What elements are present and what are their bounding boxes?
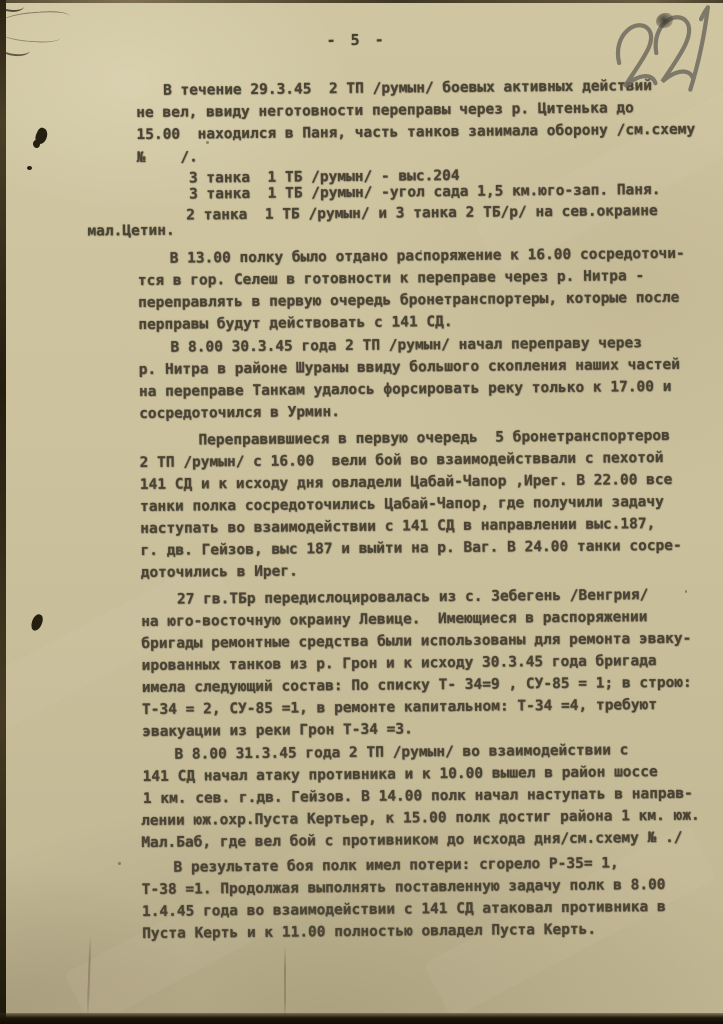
typewritten-line: Т-34 = 2, СУ-85 =1, в ремонте капитально… [142, 697, 657, 719]
typewritten-line: 1.4.45 года во взаимодействии с 141 СД а… [142, 899, 666, 921]
typewritten-line: переправлять в первую очередь бронетранс… [138, 290, 679, 312]
typewritten-line: Мал.Баб, где вел бой с противником до ис… [141, 830, 682, 852]
typewritten-text-layer: - 5 - В течение 29.3.45 2 ТП /румын/ бое… [0, 0, 723, 1024]
typewritten-line: В 13.00 полку было отдано распоряжение к… [170, 246, 685, 268]
typewritten-line: 2 ТП /румын/ с 16.00 вели бой во взаимод… [140, 450, 664, 472]
typewritten-line: № /. [137, 149, 198, 167]
typewritten-line: 2 танка 1 ТБ /румын/ и 3 танка 2 ТБ/р/ н… [186, 203, 658, 225]
typewritten-line: имела следующий состав: По списку Т- 34=… [142, 675, 692, 697]
typewritten-line: эвакуации из реки Грон Т-34 =3. [142, 721, 413, 741]
typewritten-line: 27 гв.ТБр передислоцировалась из с. Зебе… [177, 587, 649, 609]
typewritten-line: Т-38 =1. Продолжая выполнять поставленну… [142, 877, 666, 899]
typewritten-line: 141 СД и к исходу дня овладели Цабай-Чап… [140, 472, 673, 494]
document-scan-page: - 5 - В течение 29.3.45 2 ТП /румын/ бое… [0, 0, 723, 1024]
paper-crease [284, 945, 286, 1023]
scan-edge-top [0, 0, 723, 3]
typewritten-line: 3 танка 1 ТБ /румын/ -угол сада 1,5 км.ю… [189, 182, 661, 204]
typewritten-line: 15.00 находился в Паня, часть танков зан… [136, 122, 695, 144]
typewritten-line: бригады ремонтные средства были использо… [141, 631, 691, 653]
typewritten-line: наступать во взаимодействии с 141 СД в н… [140, 516, 655, 538]
typewritten-line: лении юж.охр.Пуста Кертьер, к 15.00 полк… [141, 808, 700, 830]
scan-edge-left [0, 0, 6, 1024]
typewritten-line: мал.Цетин. [87, 223, 174, 241]
typewritten-line: В 8.00 30.3.45 года 2 ТП /румын/ начал п… [170, 335, 642, 357]
paper-fleck [685, 590, 687, 593]
typewritten-line: Переправившиеся в первую очередь 5 броне… [198, 428, 670, 450]
page-number: - 5 - [326, 31, 386, 50]
scan-edge-bottom [0, 1013, 723, 1024]
typewritten-line: Пуста Керть и к 11.00 полностью овладел … [142, 922, 596, 943]
typewritten-line: 1 км. сев. г.дв. Гейзов. В 14.00 полк на… [143, 786, 693, 808]
typewritten-line: В 8.00 31.3.45 года 2 ТП /румын/ во взаи… [174, 742, 628, 763]
typewritten-line: перправы будут действовать с 141 СД. [138, 314, 452, 334]
paper-fleck [206, 141, 209, 144]
typewritten-line: не вел, ввиду неготовности переправы чер… [136, 100, 634, 122]
typewritten-line: на переправе Танкам удалось форсировать … [139, 379, 672, 401]
typewritten-line: 141 СД начал атаку противника и к 10.00 … [143, 764, 658, 786]
paper-fleck [118, 862, 121, 865]
ink-speck [27, 166, 32, 170]
typewritten-line: танки полка сосредоточились Цабай-Чапор,… [140, 494, 664, 516]
typewritten-line: сосредоточился в Урмин. [139, 404, 340, 423]
typewritten-line: г. дв. Гейзов, выс 187 и выйти на р. Ваг… [140, 538, 681, 560]
typewritten-line: тся в гор. Селеш в готовности к переправ… [138, 268, 644, 290]
paper-fleck [420, 250, 422, 252]
typewritten-line: доточились в Ирег. [141, 564, 298, 583]
typewritten-line: В течение 29.3.45 2 ТП /румын/ боевых ак… [163, 78, 652, 100]
typewritten-line: В результате боя полк имел потери: сгоре… [173, 855, 618, 876]
typewritten-line: на юго-восточную окраину Левице. Имеющие… [141, 609, 647, 631]
typewritten-line: р. Нитра в районе Шураны ввиду большого … [139, 357, 680, 379]
typewritten-line: ированных танков из р. Грон и к исходу 3… [142, 653, 657, 675]
